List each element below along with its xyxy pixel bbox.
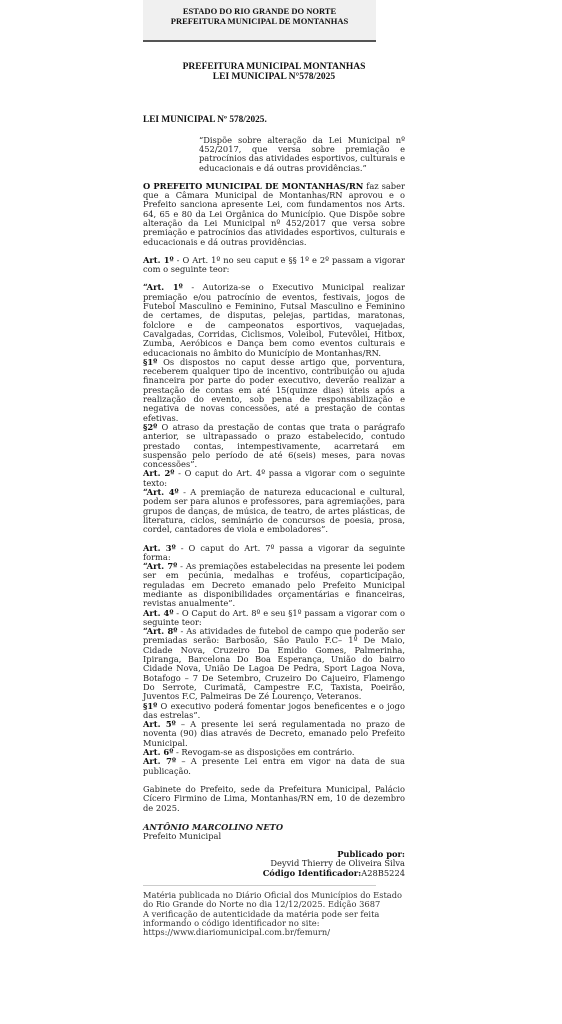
article-3: Art. 3º - O caput do Art. 7º passa a vig… xyxy=(143,544,405,563)
document-page: ESTADO DO RIO GRANDE DO NORTE PREFEITURA… xyxy=(143,0,405,937)
footer-divider xyxy=(143,885,376,886)
article-8-paragraph-1: §1º O executivo poderá fomentar jogos be… xyxy=(143,702,405,721)
article-4-new-text: “Art. 4º - A premiação de natureza educa… xyxy=(143,488,405,534)
law-heading: LEI MUNICIPAL Nº 578/2025. xyxy=(143,115,405,125)
article-7-new-text: “Art. 7º - As premiações estabelecidas n… xyxy=(143,562,405,608)
preamble: O PREFEITO MUNICIPAL DE MONTANHAS/RN faz… xyxy=(143,182,405,247)
header-prefeitura: PREFEITURA MUNICIPAL DE MONTANHAS xyxy=(143,16,376,26)
article-1-new-text: “Art. 1º - Autoriza-se o Executivo Munic… xyxy=(143,283,405,357)
article-4: Art. 4º - O Caput do Art. 8º e seu §1º p… xyxy=(143,609,405,628)
article-8-new-text: “Art. 8º - As atividades de futebol de c… xyxy=(143,627,405,701)
paragraph-2: §2º O atraso da prestação de contas que … xyxy=(143,423,405,469)
law-summary: “Dispõe sobre alteração da Lei Municipal… xyxy=(199,136,405,173)
article-7: Art. 7º – A presente Lei entra em vigor … xyxy=(143,757,405,776)
article-2: Art. 2º - O caput do Art. 4º passa a vig… xyxy=(143,469,405,488)
article-1: Art. 1º - O Art. 1º no seu caput e §§ 1º… xyxy=(143,256,405,275)
title-line1: PREFEITURA MUNICIPAL MONTANHAS xyxy=(143,62,405,72)
article-5: Art. 5º – A presente lei será regulament… xyxy=(143,720,405,748)
paragraph-1: §1º Os dispostos no caput desse artigo q… xyxy=(143,358,405,423)
footer-url-link[interactable]: https://www.diariomunicipal.com.br/femur… xyxy=(143,928,405,937)
identifier-code: Código Identificador:A28B5224 xyxy=(143,869,405,878)
publication-info: Publicado por: Deyvid Thierry de Oliveir… xyxy=(143,850,405,878)
signatory-role: Prefeito Municipal xyxy=(143,832,405,841)
footer-verification-note: A verificação de autenticidade da matéri… xyxy=(143,910,405,929)
title-line2: LEI MUNICIPAL N°578/2025 xyxy=(143,72,405,82)
footer-publication-note: Matéria publicada no Diário Oficial dos … xyxy=(143,891,405,910)
header-state: ESTADO DO RIO GRANDE DO NORTE xyxy=(143,6,376,16)
publication-footer: Matéria publicada no Diário Oficial dos … xyxy=(143,891,405,937)
document-title: PREFEITURA MUNICIPAL MONTANHAS LEI MUNIC… xyxy=(143,62,405,82)
document-header: ESTADO DO RIO GRANDE DO NORTE PREFEITURA… xyxy=(143,0,376,42)
closing-location-date: Gabinete do Prefeito, sede da Prefeitura… xyxy=(143,785,405,813)
